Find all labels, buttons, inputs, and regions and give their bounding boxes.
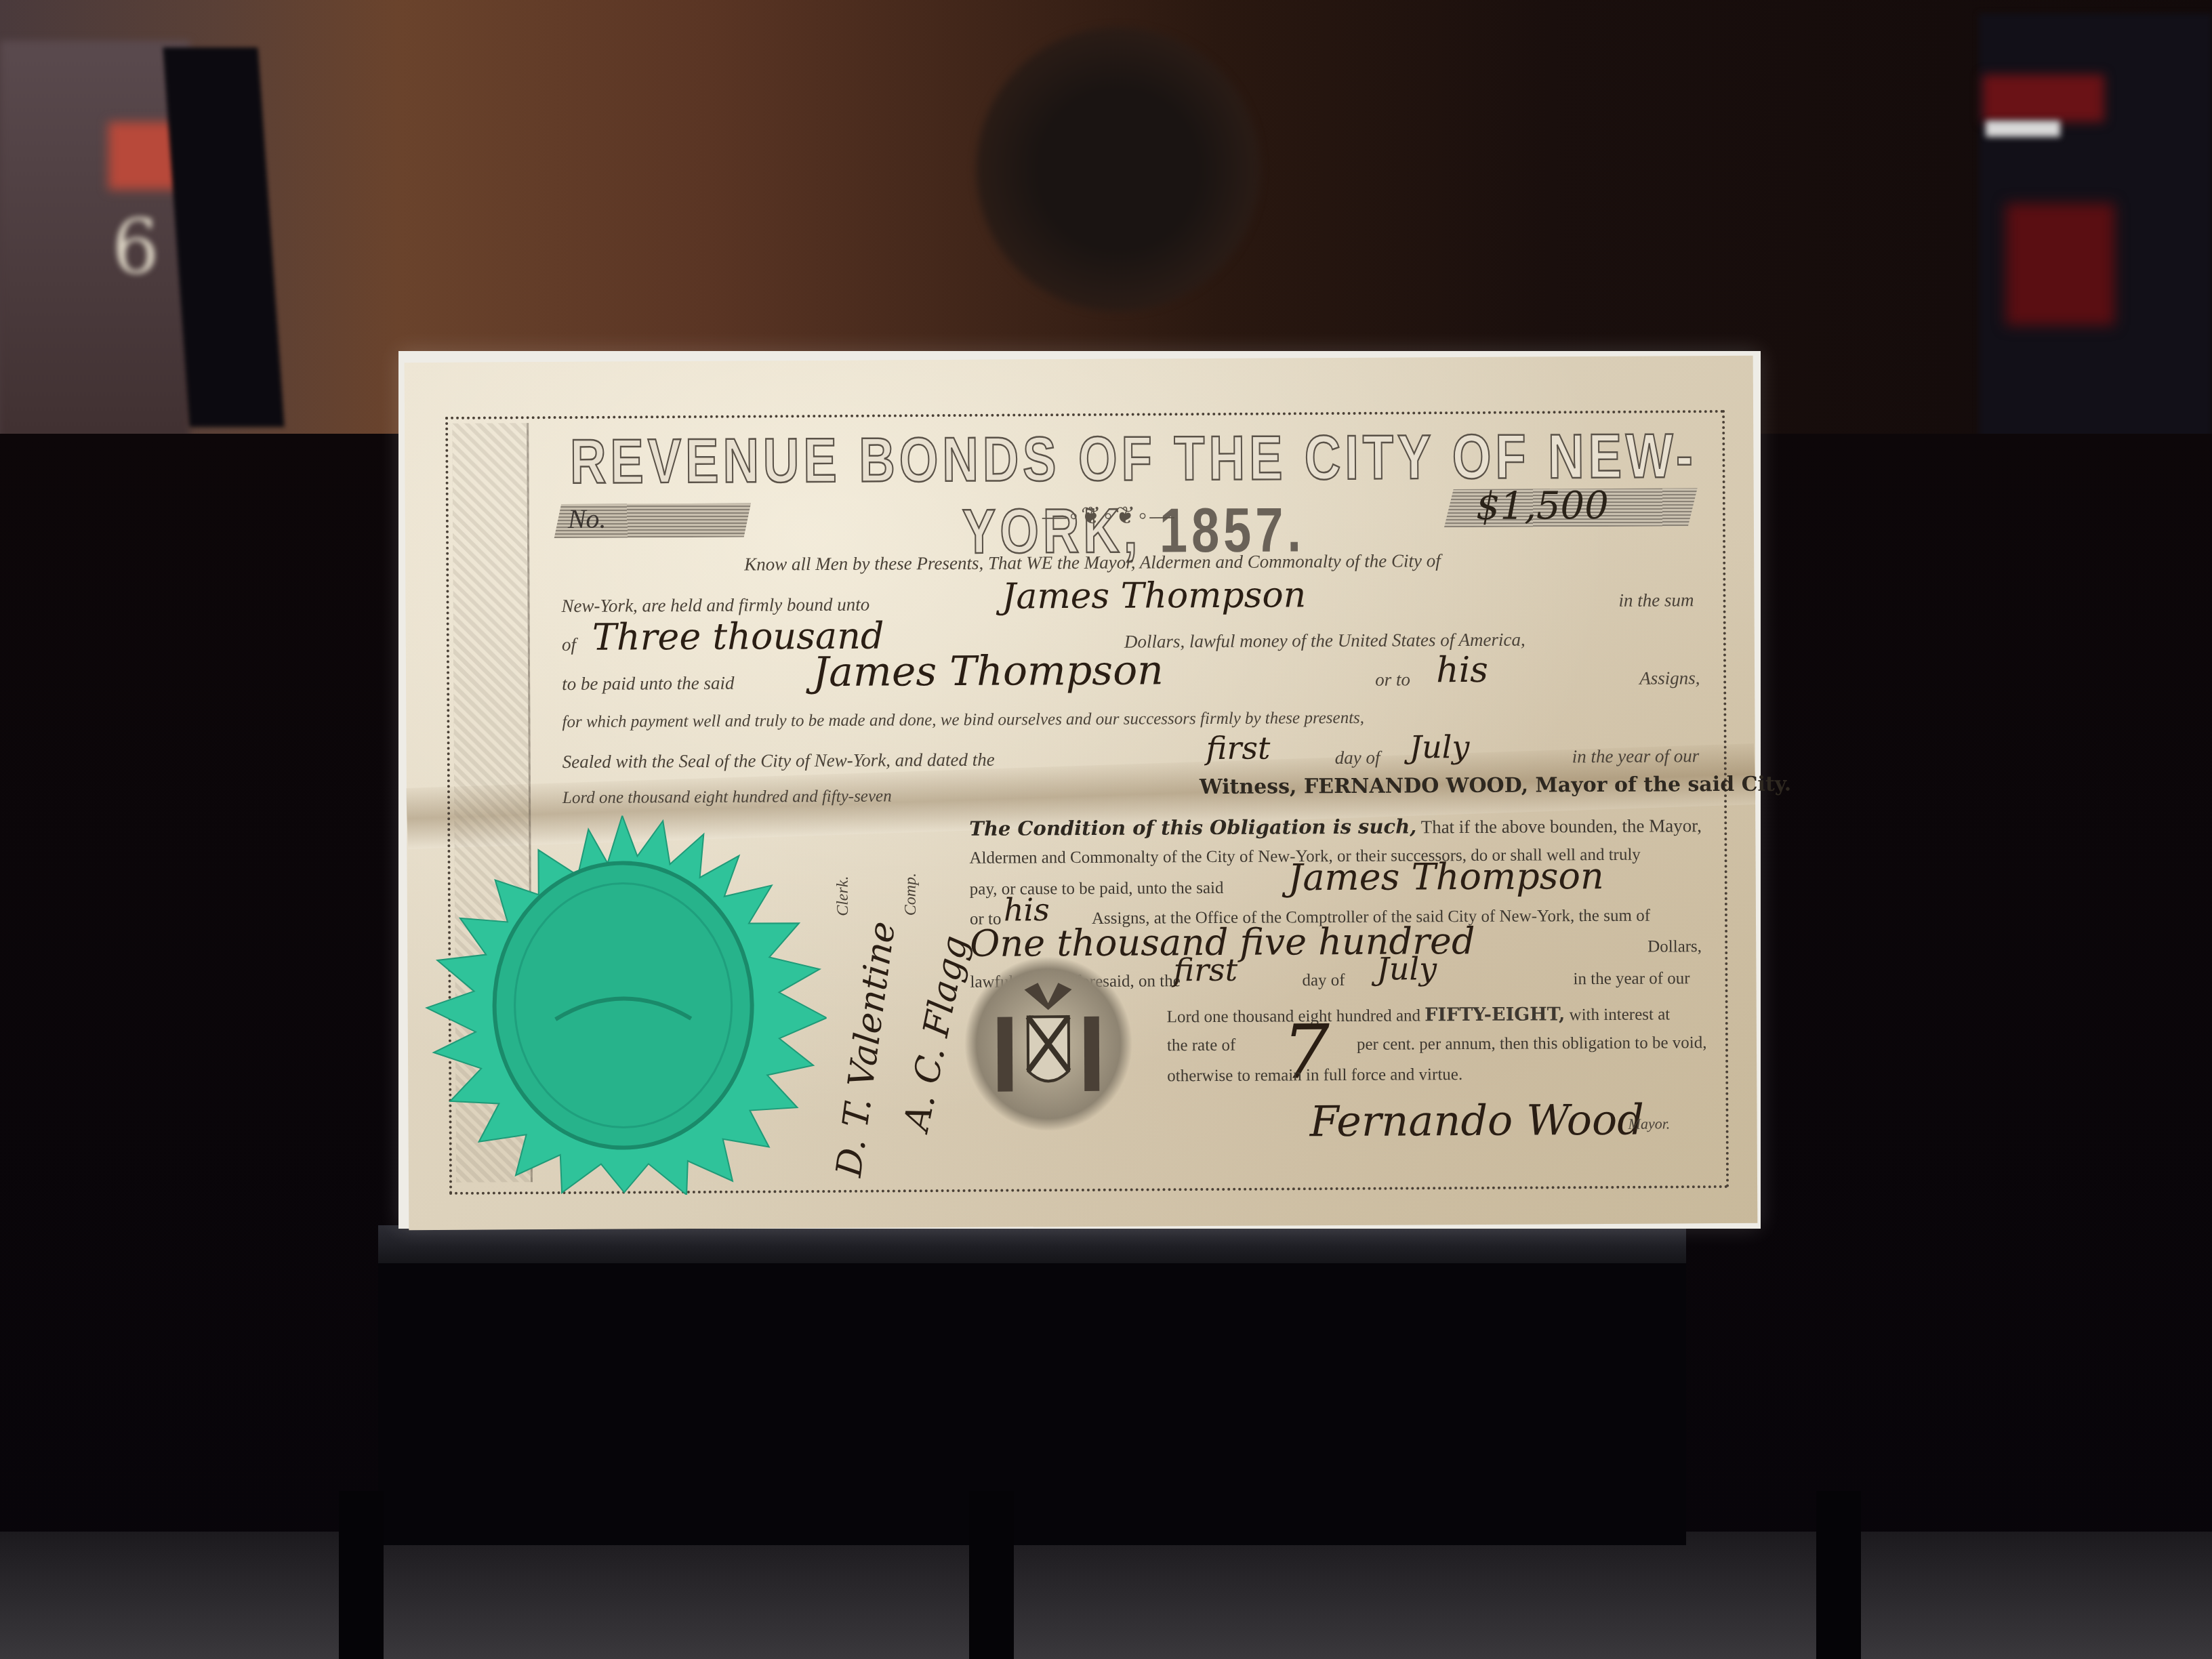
stand-leg bbox=[339, 1491, 384, 1659]
left-display-number: 6 bbox=[112, 203, 159, 290]
handwritten-month: July bbox=[1376, 950, 1437, 987]
reflection-blur bbox=[976, 27, 1261, 312]
condition-line-1: The Condition of this Obligation is such… bbox=[969, 813, 1702, 840]
body-text: to be paid unto the said bbox=[562, 673, 734, 695]
body-line-2: New-York, are held and firmly bound unto bbox=[561, 594, 869, 617]
display-stand bbox=[378, 1261, 1686, 1545]
condition-line-7: Lord one thousand eight hundred and FIFT… bbox=[1167, 1003, 1671, 1027]
handwritten-payee: James Thompson bbox=[1002, 575, 1306, 617]
stand-leg bbox=[1816, 1491, 1861, 1659]
crest-icon bbox=[963, 956, 1133, 1132]
condition-text: per cent. per annum, then this obligatio… bbox=[1357, 1033, 1707, 1054]
city-seal-icon bbox=[419, 815, 827, 1196]
witness-line: Witness, FERNANDO WOOD, Mayor of the sai… bbox=[1200, 773, 1791, 800]
museum-scene: 6 REVENUE BONDS OF THE CITY OF NEW-YORK,… bbox=[0, 0, 2212, 1659]
condition-text: day of bbox=[1302, 971, 1345, 990]
body-text: or to bbox=[1375, 669, 1410, 690]
mayor-signature: Fernando Wood bbox=[1309, 1095, 1644, 1147]
body-text: in the sum bbox=[1618, 590, 1694, 611]
mayor-label: Mayor. bbox=[1629, 1115, 1671, 1132]
body-text: Sealed with the Seal of the City of New-… bbox=[562, 750, 995, 773]
comptroller-label: Comp. bbox=[902, 873, 920, 916]
handwritten-day: first bbox=[1173, 951, 1237, 988]
body-text: in the year of our bbox=[1572, 745, 1700, 767]
body-text: of bbox=[562, 634, 576, 655]
handwritten-payee: James Thompson bbox=[813, 647, 1164, 696]
right-display-item bbox=[1982, 75, 2104, 122]
body-line-1: Know all Men by these Presents, That WE … bbox=[744, 550, 1441, 575]
city-crest-engraving bbox=[963, 956, 1133, 1132]
floor bbox=[0, 1532, 2212, 1659]
amount: $1,500 bbox=[1476, 484, 1609, 529]
ornament-icon: —◦❦◦❦◦— bbox=[1042, 501, 1177, 530]
number-label: No. bbox=[568, 503, 607, 535]
condition-line-9: otherwise to remain in full force and vi… bbox=[1167, 1065, 1462, 1086]
body-line-7: Lord one thousand eight hundred and fift… bbox=[562, 787, 892, 808]
display-shelf bbox=[378, 1225, 1686, 1263]
condition-text: Dollars, bbox=[1647, 937, 1702, 956]
bond-document: REVENUE BONDS OF THE CITY OF NEW-YORK, 1… bbox=[405, 356, 1758, 1230]
stand-leg bbox=[969, 1491, 1014, 1659]
right-display-light bbox=[1986, 121, 2060, 137]
handwritten-day: first bbox=[1206, 730, 1271, 766]
body-text: Dollars, lawful money of the United Stat… bbox=[1124, 630, 1525, 653]
condition-text: the rate of bbox=[1167, 1036, 1235, 1056]
body-text: day of bbox=[1335, 747, 1380, 769]
condition-text: in the year of our bbox=[1573, 969, 1689, 989]
handwritten-month: July bbox=[1410, 729, 1470, 765]
handwritten-pronoun: his bbox=[1436, 650, 1488, 691]
right-display-item bbox=[2006, 203, 2114, 325]
clerk-label: Clerk. bbox=[834, 876, 853, 916]
handwritten-payee: James Thompson bbox=[1288, 855, 1603, 899]
body-text: Assigns, bbox=[1639, 668, 1700, 689]
